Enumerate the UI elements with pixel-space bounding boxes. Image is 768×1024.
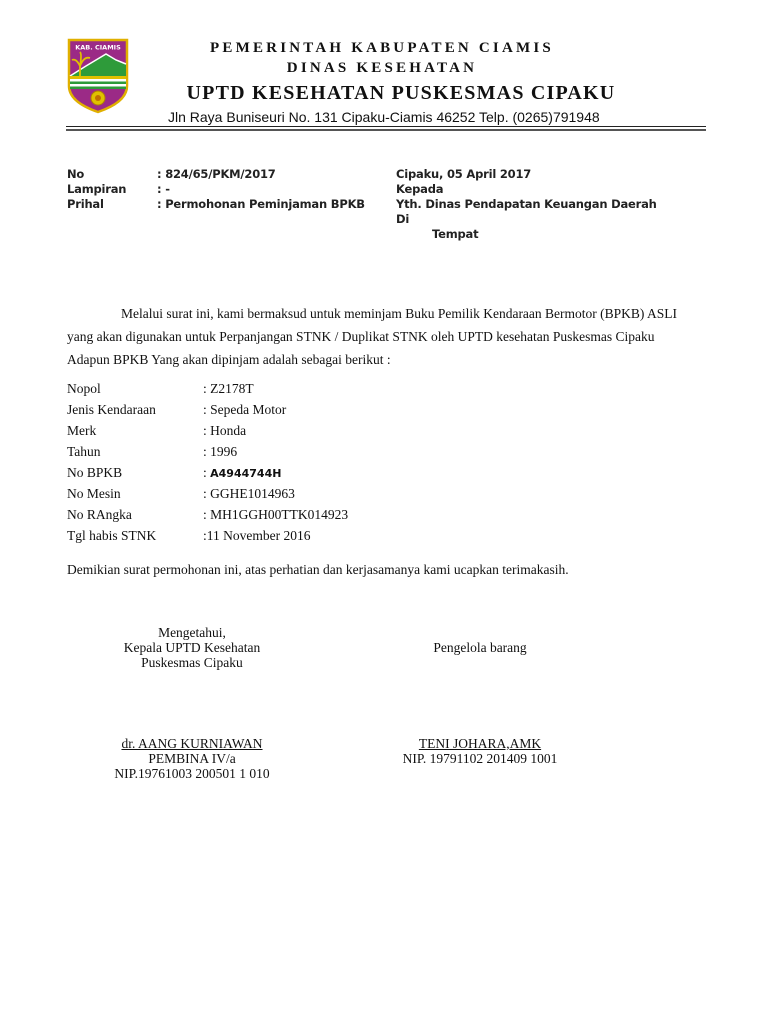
detail-label: Jenis Kendaraan <box>67 402 203 418</box>
detail-value: :11 November 2016 <box>203 528 310 544</box>
signature-left-line3: Puskesmas Cipaku <box>92 655 292 670</box>
letterhead-rule-thin <box>66 126 706 127</box>
bpkb-number: A4944744H <box>210 467 281 480</box>
signature-right-header: Pengelola barang <box>380 640 580 655</box>
detail-label: No Mesin <box>67 486 203 502</box>
signature-right-block: TENI JOHARA,AMK NIP. 19791102 201409 100… <box>380 736 580 766</box>
body-line-3: Adapun BPKB Yang akan dipinjam adalah se… <box>67 348 717 371</box>
letterhead-department: DINAS KESEHATAN <box>172 60 592 77</box>
detail-label: Tahun <box>67 444 203 460</box>
letterhead-institution: UPTD KESEHATAN PUSKESMAS CIPAKU <box>166 82 636 105</box>
letterhead-government: PEMERINTAH KABUPATEN CIAMIS <box>172 40 592 57</box>
detail-value: : MH1GGH00TTK014923 <box>203 507 348 523</box>
meta-label: Prihal <box>67 197 157 211</box>
detail-label: Tgl habis STNK <box>67 528 203 544</box>
letterhead-rule-thick <box>66 129 706 131</box>
body-paragraph: Melalui surat ini, kami bermaksud untuk … <box>67 302 717 371</box>
signature-right-nip: NIP. 19791102 201409 1001 <box>380 751 580 766</box>
meta-value: : Permohonan Peminjaman BPKB <box>157 197 365 211</box>
meta-label: Lampiran <box>67 182 157 196</box>
signature-right-name: TENI JOHARA,AMK <box>419 736 541 751</box>
signature-left-header: Mengetahui, Kepala UPTD Kesehatan Puskes… <box>92 625 292 670</box>
letterhead-address: Jln Raya Buniseuri No. 131 Cipaku-Ciamis… <box>168 109 600 125</box>
detail-value: : Z2178T <box>203 381 254 397</box>
logo-label: KAB. CIAMIS <box>75 44 121 52</box>
detail-label: Nopol <box>67 381 203 397</box>
meta-value: : - <box>157 182 170 196</box>
detail-value: : 1996 <box>203 444 237 460</box>
meta-label: No <box>67 167 157 181</box>
body-line-1: Melalui surat ini, kami bermaksud untuk … <box>67 302 717 325</box>
addressee-di: Di <box>396 212 409 226</box>
signature-left-line2: Kepala UPTD Kesehatan <box>92 640 292 655</box>
signature-left-block: dr. AANG KURNIAWAN PEMBINA IV/a NIP.1976… <box>92 736 292 781</box>
detail-value: : A4944744H <box>203 465 281 481</box>
body-line-2: yang akan digunakan untuk Perpanjangan S… <box>67 325 717 348</box>
detail-value: : GGHE1014963 <box>203 486 295 502</box>
addressee-recipient: Yth. Dinas Pendapatan Keuangan Daerah <box>396 197 657 211</box>
detail-label: No RAngka <box>67 507 203 523</box>
closing-statement: Demikian surat permohonan ini, atas perh… <box>67 562 569 578</box>
signature-left-line1: Mengetahui, <box>92 625 292 640</box>
kabupaten-ciamis-logo: KAB. CIAMIS <box>66 36 130 114</box>
detail-value: : Sepeda Motor <box>203 402 286 418</box>
signature-left-rank: PEMBINA IV/a <box>92 751 292 766</box>
meta-value: : 824/65/PKM/2017 <box>157 167 276 181</box>
signature-left-nip: NIP.19761003 200501 1 010 <box>92 766 292 781</box>
detail-label: Merk <box>67 423 203 439</box>
addressee-place: Tempat <box>432 227 478 241</box>
detail-label: No BPKB <box>67 465 203 481</box>
signature-left-name: dr. AANG KURNIAWAN <box>121 736 262 751</box>
detail-value: : Honda <box>203 423 246 439</box>
signature-right-title: Pengelola barang <box>380 640 580 655</box>
place-date: Cipaku, 05 April 2017 <box>396 167 531 181</box>
addressee-to: Kepada <box>396 182 443 196</box>
